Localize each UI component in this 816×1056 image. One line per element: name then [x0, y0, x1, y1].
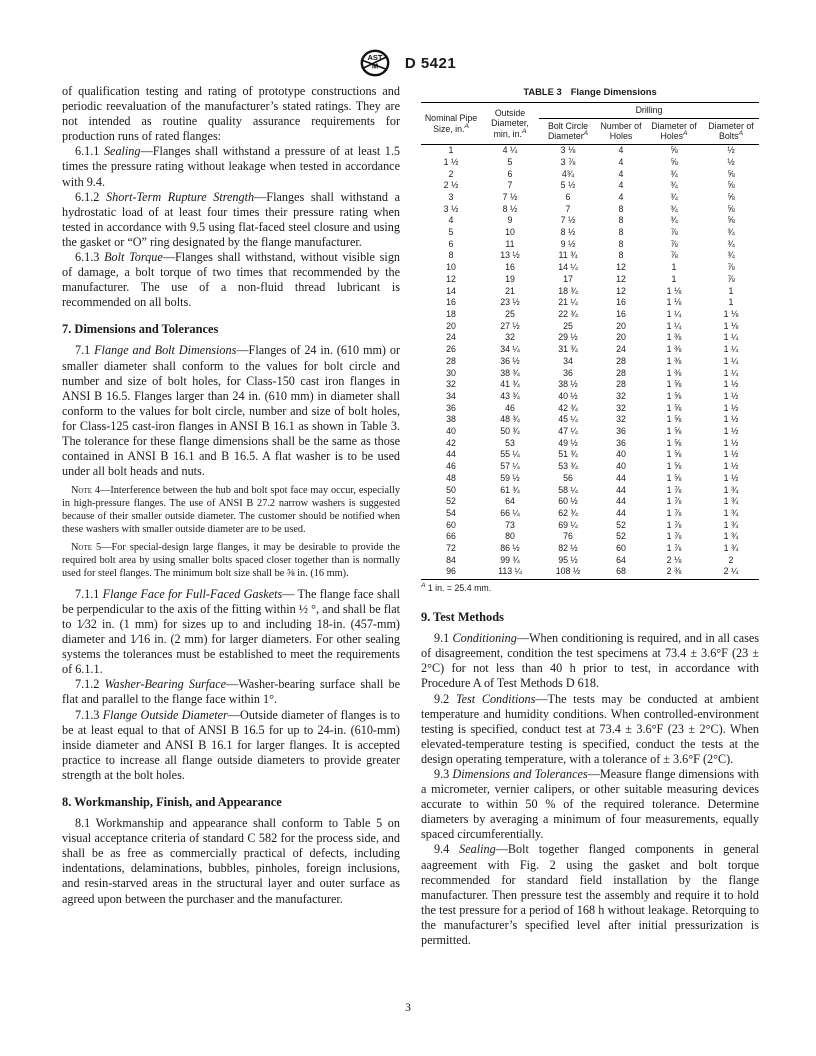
clause-term: Flange Outside Diameter — [103, 708, 228, 722]
table-cell: 2 ⅛ — [645, 555, 703, 567]
table-cell: 1 ½ — [703, 379, 759, 391]
table-cell: 24 — [421, 332, 481, 344]
table-cell: 7 ½ — [481, 192, 539, 204]
table-subheader: Bolt Circle DiameterA — [539, 118, 597, 144]
table-cell: ⅝ — [703, 169, 759, 181]
body-paragraph: 6.1.1 Sealing—Flanges shall withstand a … — [62, 144, 400, 189]
table-cell: 26 — [421, 344, 481, 356]
flange-dimensions-table: TABLE 3Flange Dimensions Nominal Pipe Si… — [421, 86, 759, 593]
table-row: 2027 ½25201 ¼1 ⅛ — [421, 321, 759, 333]
table-cell: 9 — [481, 215, 539, 227]
table-row: 364642 ¾321 ⅝1 ½ — [421, 403, 759, 415]
table-cell: 10 — [481, 227, 539, 239]
table-cell: 50 — [421, 485, 481, 497]
doc-code: D 5421 — [405, 55, 456, 72]
table-cell: ⅞ — [703, 274, 759, 286]
table-cell: 28 — [597, 356, 645, 368]
table-cell: 25 — [539, 321, 597, 333]
table-cell: 80 — [481, 531, 539, 543]
table-cell: 32 — [597, 391, 645, 403]
table-cell: 32 — [597, 414, 645, 426]
table-cell: 43 ¾ — [481, 391, 539, 403]
table-subheader: Number of Holes — [597, 118, 645, 144]
table-cell: 1 ⅝ — [645, 473, 703, 485]
table-cell: 24 — [597, 344, 645, 356]
table-row: 526460 ½441 ⅞1 ¾ — [421, 496, 759, 508]
table-cell: 113 ¼ — [481, 566, 539, 579]
clause-term: Sealing — [459, 842, 496, 856]
table-cell: 20 — [421, 321, 481, 333]
table-cell: 8 — [421, 250, 481, 262]
body-paragraph: 6.1.3 Bolt Torque—Flanges shall withstan… — [62, 250, 400, 310]
table-label: TABLE 3 — [523, 86, 561, 97]
table-cell: 69 ¼ — [539, 520, 597, 532]
table-cell: 1 ½ — [421, 157, 481, 169]
table-cell: 28 — [421, 356, 481, 368]
page-number: 3 — [0, 1002, 816, 1014]
clause-number: 6.1.3 — [75, 250, 99, 264]
table-cell: 10 — [421, 262, 481, 274]
table-footnote: A 1 in. = 25.4 mm. — [421, 583, 759, 593]
table-cell: ⅝ — [645, 157, 703, 169]
table-cell: 48 ¾ — [481, 414, 539, 426]
table-cell: 44 — [597, 485, 645, 497]
table-cell: 1 ⅝ — [645, 379, 703, 391]
body-paragraph: 7.1 Flange and Bolt Dimensions—Flanges o… — [62, 343, 400, 479]
clause-term: Flange and Bolt Dimensions — [94, 343, 236, 357]
table-cell: 11 — [481, 239, 539, 251]
table-row: 4859 ½56441 ⅝1 ½ — [421, 473, 759, 485]
table-cell: 1 ⅝ — [645, 461, 703, 473]
table-cell: 1 ⅝ — [645, 426, 703, 438]
table-cell: 3 ½ — [421, 204, 481, 216]
table-cell: 6 — [421, 239, 481, 251]
table-cell: ¾ — [703, 250, 759, 262]
table-cell: 8 ½ — [481, 204, 539, 216]
table-row: 6119 ½8⅞¾ — [421, 239, 759, 251]
table-cell: 1 ⅛ — [703, 309, 759, 321]
table-row: 3038 ¾36281 ⅜1 ¼ — [421, 368, 759, 380]
table-cell: 12 — [597, 262, 645, 274]
table-row: 668076521 ⅞1 ¾ — [421, 531, 759, 543]
table-cell: 86 ½ — [481, 543, 539, 555]
table-cell: 1 ½ — [703, 403, 759, 415]
table-cell: 76 — [539, 531, 597, 543]
table-cell: 60 — [421, 520, 481, 532]
table-row: 425349 ½361 ⅝1 ½ — [421, 438, 759, 450]
table-row: 14 ¼3 ⅛4⅝½ — [421, 145, 759, 157]
table-cell: 1 ⅝ — [645, 438, 703, 450]
table-cell: 32 — [421, 379, 481, 391]
table-cell: 27 ½ — [481, 321, 539, 333]
table-cell: 2 ⅜ — [645, 566, 703, 579]
clause-number: 6.1.1 — [75, 144, 99, 158]
body-paragraph: 8.1 Workmanship and appearance shall con… — [62, 816, 400, 907]
table-cell: 52 — [597, 531, 645, 543]
table-cell: 34 — [421, 391, 481, 403]
table-row: 101614 ¼121⅞ — [421, 262, 759, 274]
table-row: 4657 ¼53 ¾401 ⅝1 ½ — [421, 461, 759, 473]
table-cell: 36 — [421, 403, 481, 415]
body-paragraph: 7.1.1 Flange Face for Full-Faced Gaskets… — [62, 587, 400, 678]
section-heading: 9. Test Methods — [421, 610, 759, 625]
table-cell: ½ — [703, 145, 759, 157]
body-paragraph: 7.1.3 Flange Outside Diameter—Outside di… — [62, 708, 400, 783]
table-row: 7286 ½82 ½601 ⅞1 ¾ — [421, 543, 759, 555]
table-cell: 53 — [481, 438, 539, 450]
test-methods-section: 9. Test Methods9.1 Conditioning—When con… — [421, 610, 759, 948]
body-paragraph: 9.3 Dimensions and Tolerances—Measure fl… — [421, 767, 759, 842]
table-cell: 57 ¼ — [481, 461, 539, 473]
table-cell: 48 — [421, 473, 481, 485]
table-cell: 1 ⅞ — [645, 485, 703, 497]
table-cell: 14 ¼ — [539, 262, 597, 274]
table-row: 3848 ¾45 ¼321 ⅝1 ½ — [421, 414, 759, 426]
table-cell: 30 — [421, 368, 481, 380]
table-cell: 66 ¼ — [481, 508, 539, 520]
table-cell: 18 — [421, 309, 481, 321]
table-cell: 58 ¼ — [539, 485, 597, 497]
table-cell: 47 ¼ — [539, 426, 597, 438]
table-cell: ¾ — [645, 180, 703, 192]
table-cell: 4¾ — [539, 169, 597, 181]
table-cell: 1 ⅞ — [645, 543, 703, 555]
table-cell: 49 ½ — [539, 438, 597, 450]
body-paragraph: 9.4 Sealing—Bolt together flanged compon… — [421, 842, 759, 948]
table-cell: ⅞ — [703, 262, 759, 274]
table-cell: 1 ¼ — [703, 332, 759, 344]
table-cell: 1 ⅞ — [645, 531, 703, 543]
clause-term: Test Conditions — [456, 692, 535, 706]
table-cell: 9 ½ — [539, 239, 597, 251]
table-cell: ⅞ — [645, 250, 703, 262]
table-cell: 11 ¾ — [539, 250, 597, 262]
col-header-drilling: Drilling — [539, 103, 759, 119]
table-cell: 3 — [421, 192, 481, 204]
table-cell: ⅝ — [703, 215, 759, 227]
table-subheader: Diameter of HolesA — [645, 118, 703, 144]
svg-text:M: M — [372, 62, 378, 71]
table-cell: 1 ¼ — [703, 368, 759, 380]
table-row: 3241 ¾38 ½281 ⅝1 ½ — [421, 379, 759, 391]
table-cell: 1 ⅝ — [645, 414, 703, 426]
table-cell: 28 — [597, 379, 645, 391]
table-cell: 4 ¼ — [481, 145, 539, 157]
table-row: 1623 ½21 ¼161 ⅛1 — [421, 297, 759, 309]
table-cell: 1 ⅜ — [645, 356, 703, 368]
two-column-body: of qualification testing and rating of p… — [62, 84, 759, 948]
table-cell: 96 — [421, 566, 481, 579]
table-cell: 1 ⅛ — [645, 286, 703, 298]
table-cell: 5 — [481, 157, 539, 169]
table-cell: 12 — [421, 274, 481, 286]
table-cell: 32 — [481, 332, 539, 344]
table-row: 497 ½8¾⅝ — [421, 215, 759, 227]
table-cell: 19 — [481, 274, 539, 286]
clause-term: Dimensions and Tolerances — [452, 767, 587, 781]
table-cell: 4 — [597, 157, 645, 169]
table-cell: 21 — [481, 286, 539, 298]
body-paragraph: 6.1.2 Short-Term Rupture Strength—Flange… — [62, 190, 400, 250]
table-cell: 95 ½ — [539, 555, 597, 567]
table-cell: 7 ½ — [539, 215, 597, 227]
table-cell: 40 ½ — [539, 391, 597, 403]
body-paragraph: 9.2 Test Conditions—The tests may be con… — [421, 692, 759, 767]
table-cell: 46 — [481, 403, 539, 415]
table-cell: 54 — [421, 508, 481, 520]
table-cell: 1 ½ — [703, 473, 759, 485]
table-cell: 38 — [421, 414, 481, 426]
table-cell: ⅝ — [703, 204, 759, 216]
table-cell: 1 ¼ — [645, 321, 703, 333]
clause-term: Short-Term Rupture Strength — [106, 190, 254, 204]
clause-number: 9.4 — [434, 842, 449, 856]
table-cell: 3 ⅛ — [539, 145, 597, 157]
table-cell: 2 — [421, 169, 481, 181]
table-caption: Flange Dimensions — [571, 86, 657, 97]
table-row: 96113 ¼108 ½682 ⅜2 ¼ — [421, 566, 759, 579]
table-cell: 2 ¼ — [703, 566, 759, 579]
table-cell: ¾ — [645, 192, 703, 204]
table-row: 8499 ¾95 ½642 ⅛2 — [421, 555, 759, 567]
note-paragraph: Note 5—For special-design large flanges,… — [62, 542, 400, 580]
table-row: 2634 ¼31 ¾241 ⅜1 ¼ — [421, 344, 759, 356]
table-cell: 1 ⅞ — [645, 520, 703, 532]
table-cell: ⅞ — [645, 239, 703, 251]
table-cell: ½ — [703, 157, 759, 169]
table-cell: 16 — [597, 309, 645, 321]
table-cell: ⅝ — [703, 192, 759, 204]
table-cell: ¾ — [645, 215, 703, 227]
table-cell: 72 — [421, 543, 481, 555]
table-cell: 44 — [597, 496, 645, 508]
table-3-flange-dimensions: Nominal Pipe Size, in.A Outside Diameter… — [421, 102, 759, 580]
table-cell: 1 ⅝ — [645, 391, 703, 403]
table-cell: 1 ⅜ — [645, 332, 703, 344]
table-cell: 8 ½ — [539, 227, 597, 239]
table-cell: 1 — [703, 286, 759, 298]
table-row: 182522 ¾161 ¼1 ⅛ — [421, 309, 759, 321]
table-cell: 1 — [645, 262, 703, 274]
table-cell: 34 ¼ — [481, 344, 539, 356]
table-row: 142118 ¾121 ⅛1 — [421, 286, 759, 298]
table-cell: 2 ½ — [421, 180, 481, 192]
table-cell: ¾ — [645, 204, 703, 216]
table-cell: 53 ¾ — [539, 461, 597, 473]
table-cell: 1 ½ — [703, 461, 759, 473]
table-cell: ¾ — [703, 227, 759, 239]
table-cell: 16 — [421, 297, 481, 309]
table-cell: 29 ½ — [539, 332, 597, 344]
table-cell: 99 ¾ — [481, 555, 539, 567]
section-heading: 7. Dimensions and Tolerances — [62, 322, 400, 337]
table-cell: 52 — [421, 496, 481, 508]
table-cell: 8 — [597, 204, 645, 216]
body-paragraph: 7.1.2 Washer-Bearing Surface—Washer-bear… — [62, 677, 400, 707]
table-cell: 1 ¼ — [645, 309, 703, 321]
document-page: AST M D 5421 of qualification testing an… — [0, 0, 816, 1056]
table-cell: 1 ¾ — [703, 485, 759, 497]
clause-number: 6.1.2 — [75, 190, 99, 204]
table-cell: 46 — [421, 461, 481, 473]
table-row: 4455 ¼51 ¾401 ⅝1 ½ — [421, 449, 759, 461]
table-cell: 59 ½ — [481, 473, 539, 485]
table-cell: 1 ⅜ — [645, 344, 703, 356]
note-paragraph: Note 4—Interference between the hub and … — [62, 485, 400, 536]
table-cell: 40 — [597, 461, 645, 473]
table-cell: 28 — [597, 368, 645, 380]
astm-logo-icon: AST M — [360, 49, 396, 77]
clause-number: 8.1 — [75, 816, 90, 830]
table-cell: 8 — [597, 250, 645, 262]
table-cell: 1 ½ — [703, 391, 759, 403]
clause-number: 9.2 — [434, 692, 449, 706]
table-cell: 84 — [421, 555, 481, 567]
table-cell: 4 — [421, 215, 481, 227]
table-cell: 13 ½ — [481, 250, 539, 262]
table-cell: 4 — [597, 145, 645, 157]
table-cell: 1 ⅝ — [645, 449, 703, 461]
table-cell: 1 — [645, 274, 703, 286]
table-cell: 12 — [597, 286, 645, 298]
table-cell: 42 ¾ — [539, 403, 597, 415]
table-cell: 1 ½ — [703, 414, 759, 426]
table-row: 264¾4¾⅝ — [421, 169, 759, 181]
clause-term: Bolt Torque — [104, 250, 163, 264]
table-cell: 22 ¾ — [539, 309, 597, 321]
table-cell: 36 — [597, 426, 645, 438]
table-cell: 1 ½ — [703, 449, 759, 461]
table-cell: 1 — [703, 297, 759, 309]
table-cell: 8 — [597, 239, 645, 251]
table-cell: 4 — [597, 180, 645, 192]
table-cell: 55 ¼ — [481, 449, 539, 461]
table-cell: 36 — [597, 438, 645, 450]
table-cell: 1 ¾ — [703, 520, 759, 532]
table-cell: 18 ¾ — [539, 286, 597, 298]
table-cell: 7 — [481, 180, 539, 192]
table-cell: 23 ½ — [481, 297, 539, 309]
table-cell: 4 — [597, 192, 645, 204]
table-row: 2 ½75 ½4¾⅝ — [421, 180, 759, 192]
clause-term: Washer-Bearing Surface — [105, 677, 227, 691]
table-cell: 1 — [421, 145, 481, 157]
table-cell: 6 — [481, 169, 539, 181]
table-cell: 44 — [597, 508, 645, 520]
note-label: Note 5 — [71, 542, 101, 553]
body-paragraph: 9.1 Conditioning—When conditioning is re… — [421, 631, 759, 691]
clause-term: Sealing — [104, 144, 141, 158]
table-cell: 17 — [539, 274, 597, 286]
table-cell: 62 ¾ — [539, 508, 597, 520]
table-cell: 40 — [597, 449, 645, 461]
table-cell: 61 ¾ — [481, 485, 539, 497]
table-cell: 8 — [597, 215, 645, 227]
table-row: 3 ½8 ½78¾⅝ — [421, 204, 759, 216]
table-cell: 73 — [481, 520, 539, 532]
table-cell: ¾ — [645, 169, 703, 181]
table-cell: 3 ⅞ — [539, 157, 597, 169]
table-subheader: Diameter of BoltsA — [703, 118, 759, 144]
table-cell: 44 — [421, 449, 481, 461]
table-cell: 36 ½ — [481, 356, 539, 368]
table-row: 5466 ¼62 ¾441 ⅞1 ¾ — [421, 508, 759, 520]
section-heading: 8. Workmanship, Finish, and Appearance — [62, 795, 400, 810]
table-cell: 2 — [703, 555, 759, 567]
table-cell: 8 — [597, 227, 645, 239]
clause-number: 9.3 — [434, 767, 449, 781]
table-cell: 52 — [597, 520, 645, 532]
table-cell: 1 ¾ — [703, 496, 759, 508]
table-cell: 32 — [597, 403, 645, 415]
table-cell: ⅝ — [703, 180, 759, 192]
clause-term: Conditioning — [452, 631, 516, 645]
clause-number: 7.1.3 — [75, 708, 99, 722]
table-cell: 16 — [597, 297, 645, 309]
left-column: of qualification testing and rating of p… — [62, 84, 400, 948]
table-row: 2836 ½34281 ⅜1 ¼ — [421, 356, 759, 368]
table-row: 4050 ¾47 ¼361 ⅝1 ½ — [421, 426, 759, 438]
table-cell: 14 — [421, 286, 481, 298]
table-cell: 64 — [481, 496, 539, 508]
table-cell: 41 ¾ — [481, 379, 539, 391]
table-cell: 42 — [421, 438, 481, 450]
clause-number: 7.1 — [75, 343, 90, 357]
table-cell: ¾ — [703, 239, 759, 251]
table-cell: 1 ½ — [703, 438, 759, 450]
body-paragraph: of qualification testing and rating of p… — [62, 84, 400, 144]
clause-term: Flange Face for Full-Faced Gaskets — [103, 587, 283, 601]
table-cell: 56 — [539, 473, 597, 485]
note-label: Note 4 — [71, 485, 100, 496]
table-title: TABLE 3Flange Dimensions — [421, 86, 759, 97]
clause-number: 7.1.2 — [75, 677, 99, 691]
table-cell: 1 ¾ — [703, 508, 759, 520]
table-cell: 1 ¼ — [703, 344, 759, 356]
table-cell: 1 ¼ — [703, 356, 759, 368]
table-cell: 64 — [597, 555, 645, 567]
table-cell: 6 — [539, 192, 597, 204]
table-cell: ⅝ — [645, 145, 703, 157]
table-cell: 45 ¼ — [539, 414, 597, 426]
table-cell: 50 ¾ — [481, 426, 539, 438]
table-cell: 1 ⅝ — [645, 403, 703, 415]
table-cell: 66 — [421, 531, 481, 543]
table-cell: 5 — [421, 227, 481, 239]
table-cell: 44 — [597, 473, 645, 485]
table-cell: 4 — [597, 169, 645, 181]
table-cell: 25 — [481, 309, 539, 321]
col-header-outside-diameter: Outside Diameter, min, in.A — [481, 103, 539, 145]
table-row: 3443 ¾40 ½321 ⅝1 ½ — [421, 391, 759, 403]
table-cell: 1 ½ — [703, 426, 759, 438]
table-cell: 20 — [597, 332, 645, 344]
table-cell: 16 — [481, 262, 539, 274]
table-row: 1 ½53 ⅞4⅝½ — [421, 157, 759, 169]
table-cell: 36 — [539, 368, 597, 380]
table-cell: 68 — [597, 566, 645, 579]
table-cell: 20 — [597, 321, 645, 333]
table-cell: 1 ⅛ — [703, 321, 759, 333]
table-cell: 1 ⅞ — [645, 496, 703, 508]
table-cell: ⅞ — [645, 227, 703, 239]
table-cell: 21 ¼ — [539, 297, 597, 309]
table-cell: 1 ¾ — [703, 531, 759, 543]
table-cell: 31 ¾ — [539, 344, 597, 356]
table-cell: 1 ⅛ — [645, 297, 703, 309]
table-row: 5108 ½8⅞¾ — [421, 227, 759, 239]
table-cell: 34 — [539, 356, 597, 368]
